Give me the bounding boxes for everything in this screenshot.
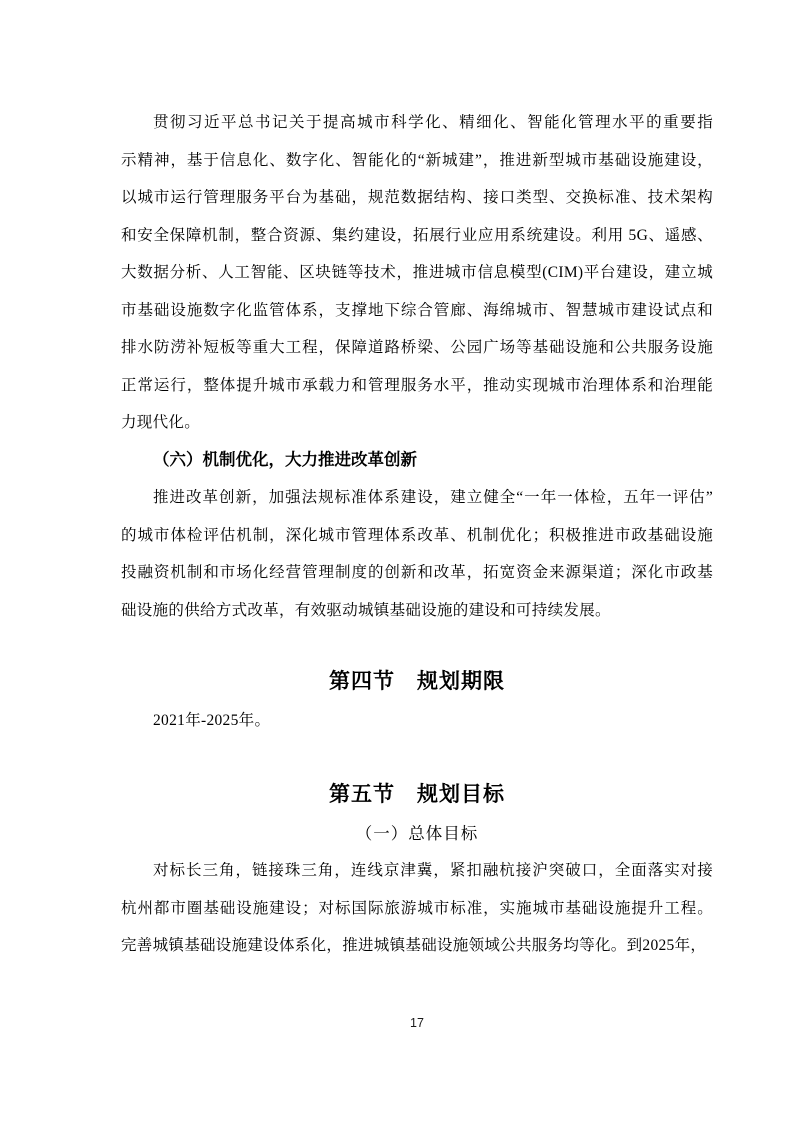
paragraph-line: 正常运行，整体提升城市承载力和管理服务水平，推动实现城市治理体系和治理能: [121, 367, 713, 405]
section-title-planning-period: 第四节 规划期限: [121, 662, 713, 702]
paragraph-line: 础设施的供给方式改革，有效驱动城镇基础设施的建设和可持续发展。: [121, 592, 713, 630]
paragraph-line: 贯彻习近平总书记关于提高城市科学化、精细化、智能化管理水平的重要指: [121, 104, 713, 142]
paragraph-line: 投融资机制和市场化经营管理制度的创新和改革，拓宽资金来源渠道；深化市政基: [121, 554, 713, 592]
sub-heading-overall-goal: （一）总体目标: [121, 815, 713, 853]
heading-item-six: （六）机制优化，大力推进改革创新: [121, 442, 713, 480]
paragraph-line: 对标长三角，链接珠三角，连线京津冀，紧扣融杭接沪突破口，全面落实对接: [121, 852, 713, 890]
paragraph-smart-city: 贯彻习近平总书记关于提高城市科学化、精细化、智能化管理水平的重要指 示精神，基于…: [121, 104, 713, 442]
paragraph-goals: 对标长三角，链接珠三角，连线京津冀，紧扣融杭接沪突破口，全面落实对接 杭州都市圈…: [121, 852, 713, 965]
paragraph-line: 杭州都市圈基础设施建设；对标国际旅游城市标准，实施城市基础设施提升工程。: [121, 890, 713, 928]
planning-period-text: 2021年-2025年。: [121, 702, 713, 740]
paragraph-line: 市基础设施数字化监管体系，支撑地下综合管廊、海绵城市、智慧城市建设试点和: [121, 292, 713, 330]
paragraph-line: 完善城镇基础设施建设体系化，推进城镇基础设施领域公共服务均等化。到2025年，: [121, 927, 713, 965]
paragraph-reform: 推进改革创新，加强法规标准体系建设，建立健全“一年一体检，五年一评估” 的城市体…: [121, 479, 713, 629]
page-number: 17: [121, 1016, 713, 1030]
paragraph-line: 的城市体检评估机制，深化城市管理体系改革、机制优化；积极推进市政基础设施: [121, 517, 713, 555]
paragraph-line: 排水防涝补短板等重大工程，保障道路桥梁、公园广场等基础设施和公共服务设施: [121, 329, 713, 367]
section-title-planning-goals: 第五节 规划目标: [121, 775, 713, 815]
paragraph-line: 推进改革创新，加强法规标准体系建设，建立健全“一年一体检，五年一评估”: [121, 479, 713, 517]
document-page: 贯彻习近平总书记关于提高城市科学化、精细化、智能化管理水平的重要指 示精神，基于…: [0, 0, 793, 1122]
paragraph-line: 示精神，基于信息化、数字化、智能化的“新城建”，推进新型城市基础设施建设，: [121, 142, 713, 180]
paragraph-line: 以城市运行管理服务平台为基础，规范数据结构、接口类型、交换标准、技术架构: [121, 179, 713, 217]
paragraph-line: 力现代化。: [121, 404, 713, 442]
paragraph-line: 大数据分析、人工智能、区块链等技术，推进城市信息模型(CIM)平台建设，建立城: [121, 254, 713, 292]
paragraph-line: 和安全保障机制，整合资源、集约建设，拓展行业应用系统建设。利用 5G、遥感、: [121, 217, 713, 255]
